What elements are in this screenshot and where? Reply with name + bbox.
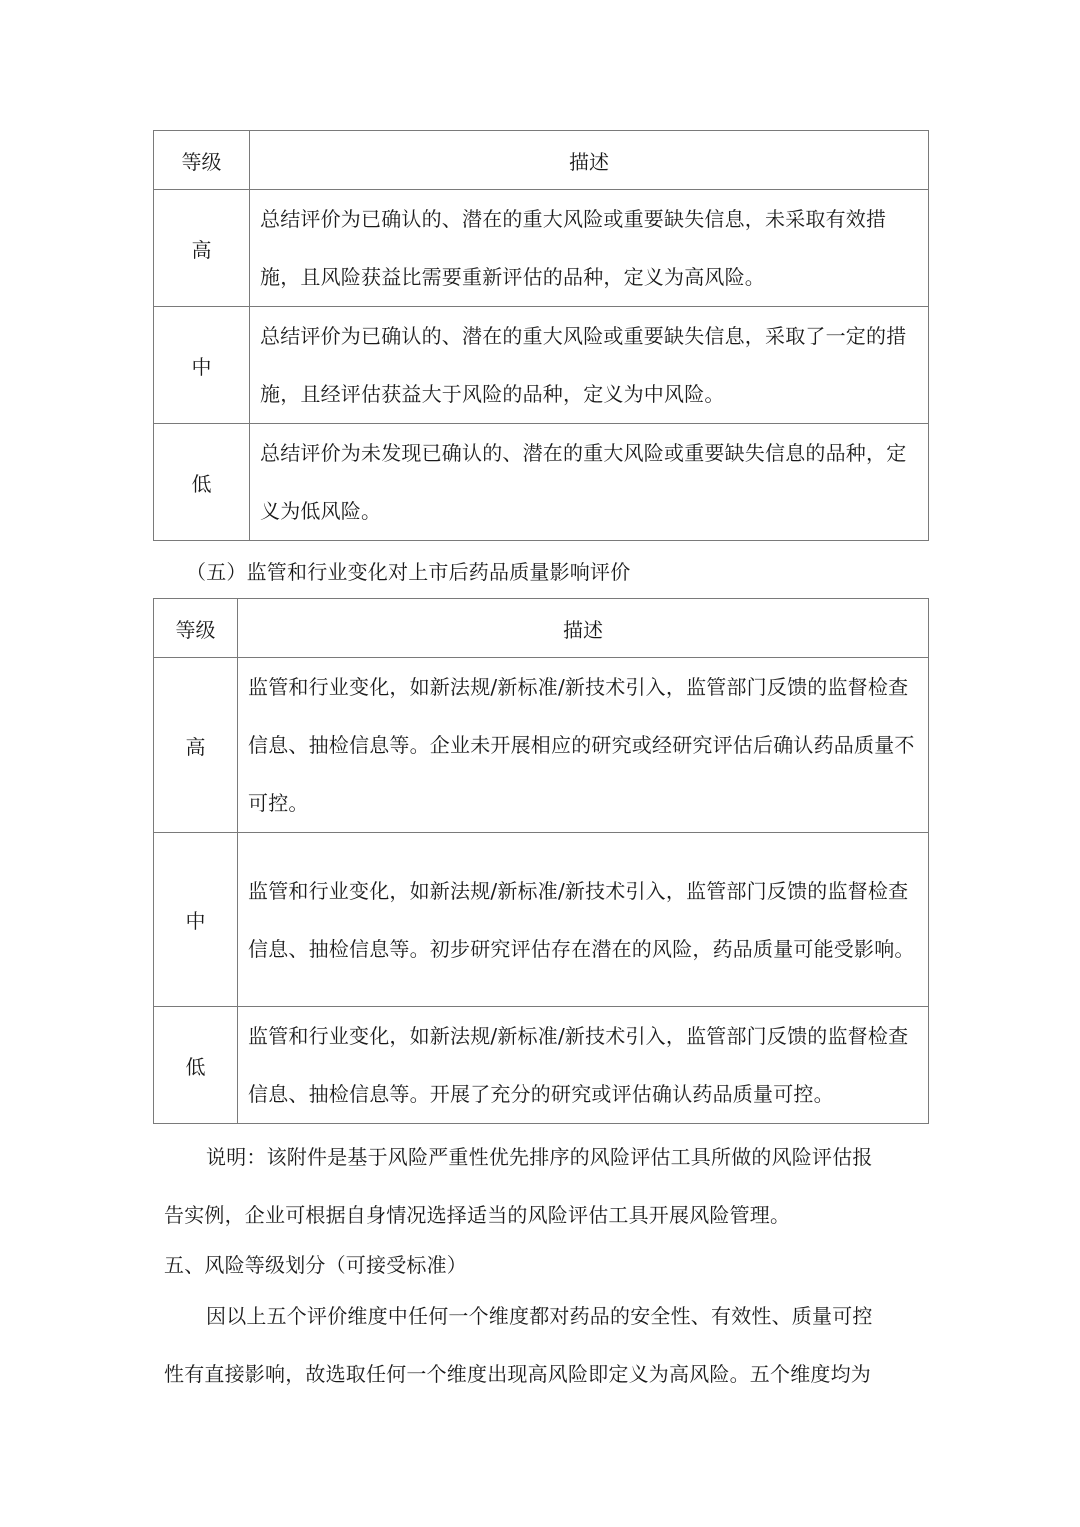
level-cell-low: 低 xyxy=(154,1007,238,1124)
level-cell-medium: 中 xyxy=(154,307,250,424)
table-row: 高 监管和行业变化，如新法规/新标准/新技术引入，监管部门反馈的监督检查信息、抽… xyxy=(154,658,929,833)
paragraph-line-2: 性有直接影响，故选取任何一个维度出现高风险即定义为高风险。五个维度均为 xyxy=(164,1358,871,1387)
description-cell: 监管和行业变化，如新法规/新标准/新技术引入，监管部门反馈的监督检查信息、抽检信… xyxy=(238,833,929,1007)
table-header-row: 等级 描述 xyxy=(154,131,929,190)
level-cell-low: 低 xyxy=(154,424,250,541)
table-row: 低 总结评价为未发现已确认的、潜在的重大风险或重要缺失信息的品种，定义为低风险。 xyxy=(154,424,929,541)
header-description: 描述 xyxy=(250,131,929,190)
description-cell: 总结评价为未发现已确认的、潜在的重大风险或重要缺失信息的品种，定义为低风险。 xyxy=(250,424,929,541)
table-header-row: 等级 描述 xyxy=(154,599,929,658)
level-cell-high: 高 xyxy=(154,190,250,307)
risk-level-table-summary: 等级 描述 高 总结评价为已确认的、潜在的重大风险或重要缺失信息，未采取有效措施… xyxy=(153,130,929,541)
header-level: 等级 xyxy=(154,599,238,658)
header-description: 描述 xyxy=(238,599,929,658)
description-cell: 监管和行业变化，如新法规/新标准/新技术引入，监管部门反馈的监督检查信息、抽检信… xyxy=(238,658,929,833)
risk-level-table-regulatory: 等级 描述 高 监管和行业变化，如新法规/新标准/新技术引入，监管部门反馈的监督… xyxy=(153,598,929,1124)
paragraph-line-1: 因以上五个评价维度中任何一个维度都对药品的安全性、有效性、质量可控 xyxy=(206,1300,873,1329)
level-cell-high: 高 xyxy=(154,658,238,833)
header-level: 等级 xyxy=(154,131,250,190)
table-row: 中 监管和行业变化，如新法规/新标准/新技术引入，监管部门反馈的监督检查信息、抽… xyxy=(154,833,929,1007)
description-cell: 总结评价为已确认的、潜在的重大风险或重要缺失信息，采取了一定的措施，且经评估获益… xyxy=(250,307,929,424)
note-line-1: 说明：该附件是基于风险严重性优先排序的风险评估工具所做的风险评估报 xyxy=(206,1141,873,1170)
description-cell: 总结评价为已确认的、潜在的重大风险或重要缺失信息，未采取有效措施，且风险获益比需… xyxy=(250,190,929,307)
table-row: 中 总结评价为已确认的、潜在的重大风险或重要缺失信息，采取了一定的措施，且经评估… xyxy=(154,307,929,424)
table-row: 高 总结评价为已确认的、潜在的重大风险或重要缺失信息，未采取有效措施，且风险获益… xyxy=(154,190,929,307)
note-line-2: 告实例，企业可根据自身情况选择适当的风险评估工具开展风险管理。 xyxy=(164,1199,790,1228)
section-title-regulatory: （五）监管和行业变化对上市后药品质量影响评价 xyxy=(186,556,630,585)
section-heading-risk-classification: 五、风险等级划分（可接受标准） xyxy=(164,1249,467,1278)
description-cell: 监管和行业变化，如新法规/新标准/新技术引入，监管部门反馈的监督检查信息、抽检信… xyxy=(238,1007,929,1124)
table-row: 低 监管和行业变化，如新法规/新标准/新技术引入，监管部门反馈的监督检查信息、抽… xyxy=(154,1007,929,1124)
level-cell-medium: 中 xyxy=(154,833,238,1007)
